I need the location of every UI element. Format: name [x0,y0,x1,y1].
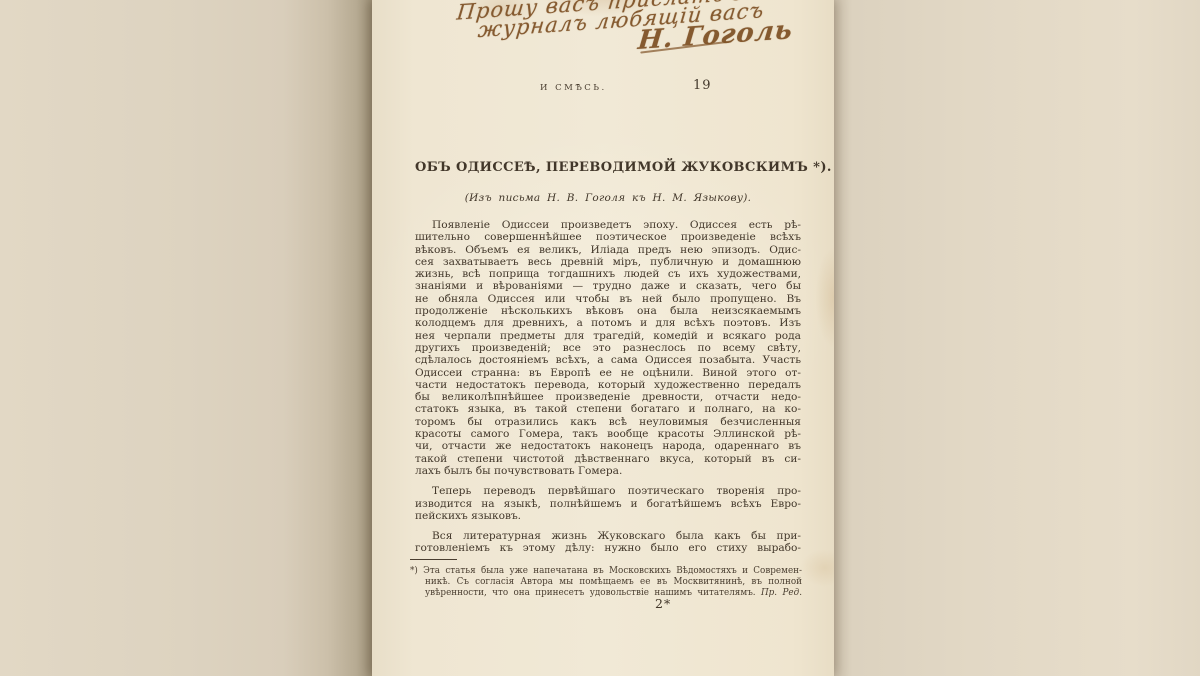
editor-attribution: Пр. Ред. [761,588,802,598]
text-line: чи, отчасти же недостатокъ наконецъ наро… [415,440,801,452]
article-subtitle: (Изъ письма Н. В. Гоголя къ Н. М. Языков… [415,192,801,204]
handwriting-inscription: Прошу васъ прислать этотъ журналъ любящі… [450,0,796,69]
text-line: красоты самого Гомера, такъ вообще красо… [415,428,801,440]
page-number: 19 [693,78,712,93]
footnote-line-3-text: увѣренности, что она принесетъ удовольст… [425,588,756,598]
footnote: *) Эта статья была уже напечатана въ Мос… [410,566,802,599]
text-line: пейскихъ языковъ. [415,510,801,522]
text-line: торомъ бы отразились какъ всѣ неуловимыя… [415,416,801,428]
paragraph-3: Вся литературная жизнь Жуковскаго была к… [415,530,801,555]
running-header-section-label: И СМѢСЬ. [540,83,607,93]
text-line: колодцемъ для древнихъ, а потомъ и для в… [415,317,801,329]
text-line: другихъ произведеній; все это разнеслось… [415,342,801,354]
text-line: изводится на языкѣ, полнѣйшемъ и богатѣй… [415,498,801,510]
paragraph-1: Появленіе Одиссеи произведетъ эпоху. Оди… [415,219,801,477]
text-line: Появленіе Одиссеи произведетъ эпоху. Оди… [415,219,801,231]
text-line: части недостатокъ перевода, который худо… [415,379,801,391]
text-line: сдѣлалось достояніемъ всѣхъ, а сама Одис… [415,354,801,366]
text-line: продолженіе нѣсколькихъ вѣковъ она была … [415,305,801,317]
article-title: ОБЪ ОДИССЕѢ, ПЕРЕВОДИМОЙ ЖУКОВСКИМЪ *). [415,160,801,175]
paragraph-2: Теперь переводъ первѣйшаго поэтическаго … [415,485,801,522]
text-line: Вся литературная жизнь Жуковскаго была к… [415,530,801,542]
text-line: статокъ языка, въ такой степени богатаго… [415,403,801,415]
article-body: Появленіе Одиссеи произведетъ эпоху. Оди… [415,219,801,598]
text-line: нея черпали предметы для трагедій, комед… [415,330,801,342]
footnote-line-1: *) Эта статья была уже напечатана въ Мос… [410,566,802,577]
page-scan: Прошу васъ прислать этотъ журналъ любящі… [372,0,834,676]
text-line: знаніями и вѣрованіями — трудно даже и с… [415,280,801,292]
text-line: шительно совершеннѣйшее поэтическое прои… [415,231,801,243]
footnote-line-3: увѣренности, что она принесетъ удовольст… [425,588,802,599]
footnote-separator-rule [410,559,457,560]
footnote-line-2: никѣ. Съ согласія Автора мы помѣщаемъ ее… [425,577,802,588]
text-line: вѣковъ. Объемъ ея великъ, Иліада предъ н… [415,244,801,256]
text-line: такой степени чистотой дѣвственнаго вкус… [415,453,801,465]
text-line: Одиссеи странна: въ Европѣ ее не оцѣнили… [415,367,801,379]
text-line: Теперь переводъ первѣйшаго поэтическаго … [415,485,801,497]
backdrop-left-facing-page [0,0,372,676]
text-line: сея захватываетъ весь древній міръ, публ… [415,256,801,268]
text-line: лахъ былъ бы почувствовать Гомера. [415,465,801,477]
text-line: бы великолѣпнѣйшее произведеніе древност… [415,391,801,403]
text-line: готовленіемъ къ этому дѣлу: нужно было е… [415,542,801,554]
text-line: не обняла Одиссея или чтобы въ ней было … [415,293,801,305]
text-line: жизнь, всѣ поприща тогдашнихъ людей съ и… [415,268,801,280]
printer-signature-mark: 2* [655,596,671,611]
backdrop-right [834,0,1200,676]
